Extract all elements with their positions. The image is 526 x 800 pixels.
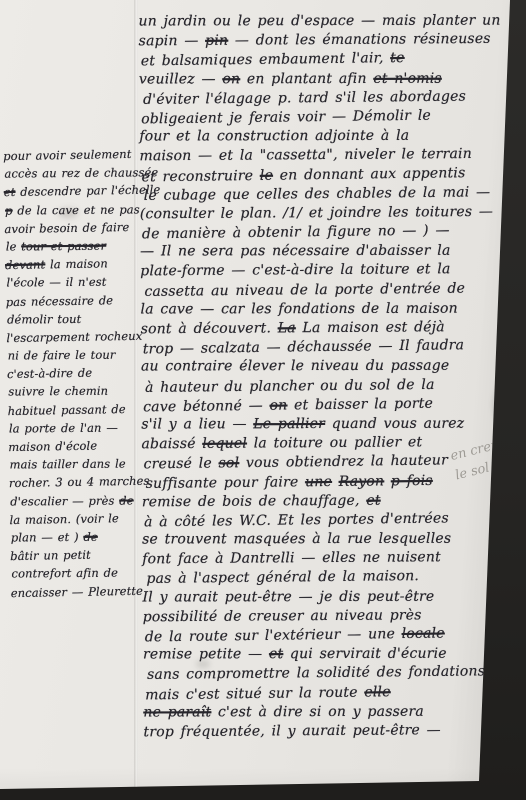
- margin-note-line: c'est-à-dire de: [7, 363, 133, 383]
- margin-note-line: plan — et ) de: [11, 527, 137, 546]
- margin-note-line: ni de faire le tour: [8, 346, 134, 365]
- main-text-line: veuillez — on en plantant afin et n'omis: [139, 69, 511, 89]
- manuscript-paper: pour avoir seulementaccès au rez de chau…: [0, 0, 526, 800]
- main-text-line: mais c'est situé sur la route elle: [145, 681, 517, 705]
- ink-smudge: [494, 388, 510, 422]
- ink-smudge: [196, 660, 210, 668]
- margin-note-line: la porte de l'an —: [9, 418, 135, 437]
- margin-note-line: pas nécessaire de: [6, 290, 132, 310]
- margin-note-line: d'escalier — près de: [10, 491, 136, 510]
- main-text-line: au contraire élever le niveau du passage: [141, 357, 513, 377]
- margin-note-line: l'escarpement rocheux: [6, 327, 132, 347]
- margin-note-line: bâtir un petit: [10, 545, 136, 565]
- margin-note-line: mais tailler dans le: [10, 455, 136, 474]
- margin-note-line: rocher. 3 ou 4 marches: [9, 472, 135, 492]
- main-text-line: se trouvent masquées à la rue lesquelles: [142, 530, 514, 550]
- margin-note-line: démolir tout: [7, 309, 133, 328]
- margin-note-line: maison d'école: [8, 436, 134, 456]
- margin-note-line: le tour et passer: [6, 236, 132, 255]
- main-text-line: — Il ne sera pas nécessaire d'abaisser l…: [140, 242, 512, 262]
- margin-note-line: avoir besoin de faire: [4, 218, 130, 238]
- margin-note-line: pour avoir seulement: [3, 145, 129, 165]
- main-text-line: s'il y a lieu — Le pallier quand vous au…: [141, 414, 513, 434]
- main-text-line: pas à l'aspect général de la maison.: [146, 566, 518, 589]
- main-text-line: Il y aurait peut-être — je dis peut-être: [143, 587, 515, 607]
- margin-note-line: encaisser — Pleurette: [11, 581, 137, 601]
- main-text-line: un jardin ou le peu d'espace — mais plan…: [138, 12, 510, 32]
- margin-note-line: accès au rez de chaussée: [4, 164, 130, 183]
- main-text-line: et balsamiques embaument l'air, te: [141, 48, 513, 72]
- ink-smudge: [58, 208, 78, 218]
- fold-crease: [134, 0, 138, 800]
- margin-note-line: habituel passant de: [7, 400, 133, 420]
- margin-note-line: l'école — il n'est: [6, 273, 132, 292]
- main-text-line: cassetta au niveau de la porte d'entrée …: [144, 279, 516, 302]
- main-text-line: le cubage que celles des chables de la m…: [144, 183, 516, 206]
- margin-note-line: la maison. (voir le: [9, 509, 135, 529]
- margin-note-line: devant la maison: [5, 254, 131, 274]
- main-text-line: four et la construction adjointe à la: [139, 127, 511, 147]
- margin-note-line: suivre le chemin: [8, 382, 134, 401]
- margin-note-line: contrefort afin de: [11, 564, 137, 583]
- main-text-line: la cave — car les fondations de la maiso…: [141, 299, 513, 319]
- main-text-line: ne paraît c'est à dire si on y passera: [143, 702, 515, 722]
- margin-note-line: et descendre par l'échelle: [4, 181, 130, 201]
- main-text-block: un jardin ou le peu d'espace — mais plan…: [138, 11, 515, 743]
- photographed-manuscript-page: pour avoir seulementaccès au rez de chau…: [0, 0, 526, 800]
- main-text-line: trop fréquentée, il y aurait peut-être —: [143, 721, 515, 743]
